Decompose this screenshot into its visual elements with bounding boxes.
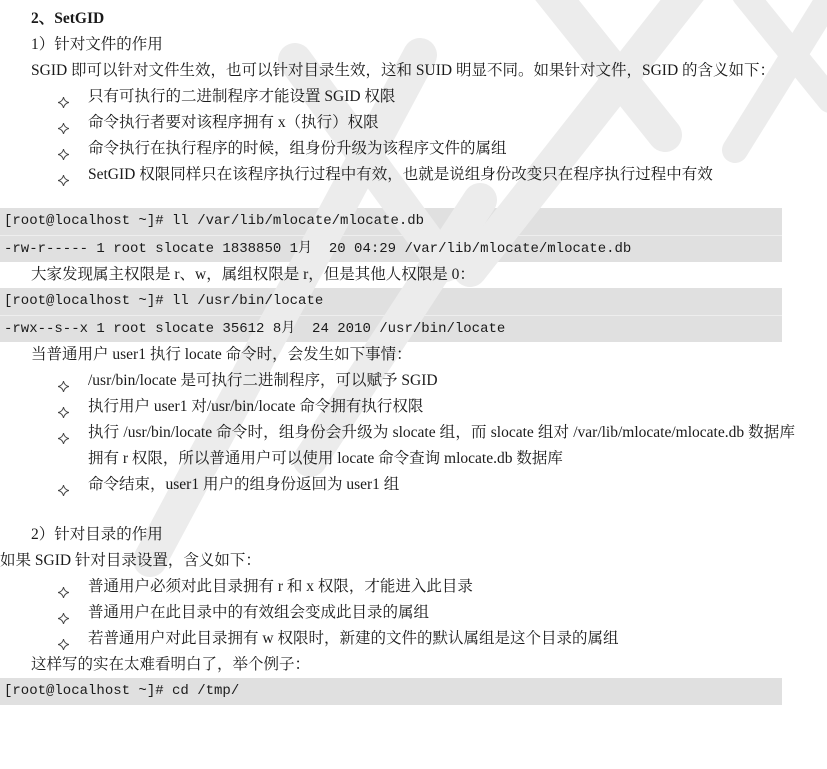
four-pointed-star-bullet-icon — [58, 91, 69, 117]
bullet-item: 命令结束，user1 用户的组身份返回为 user1 组 — [0, 472, 795, 498]
code-line: -rw-r----- 1 root slocate 1838850 1月 20 … — [0, 235, 782, 262]
bullet-text: 普通用户在此目录中的有效组会变成此目录的属组 — [88, 600, 795, 626]
bullet-text: 命令执行在执行程序的时候，组身份升级为该程序文件的属组 — [88, 136, 795, 162]
section1-intro-paragraph: SGID 即可以针对文件生效，也可以针对目录生效，这和 SUID 明显不同。如果… — [0, 58, 795, 84]
bullet-text: 执行用户 user1 对/usr/bin/locate 命令拥有执行权限 — [88, 394, 795, 420]
bullet-text: 若普通用户对此目录拥有 w 权限时，新建的文件的默认属组是这个目录的属组 — [88, 626, 795, 652]
section2-title: 2）针对目录的作用 — [0, 522, 795, 548]
code-block-usr-bin-locate: [root@localhost ~]# ll /usr/bin/locate -… — [0, 288, 782, 342]
directory-bullet-list: 普通用户必须对此目录拥有 r 和 x 权限，才能进入此目录 普通用户在此目录中的… — [0, 574, 795, 652]
bullet-item: 只有可执行的二进制程序才能设置 SGID 权限 — [0, 84, 795, 110]
four-pointed-star-bullet-icon — [58, 427, 69, 453]
bullet-text: SetGID 权限同样只在该程序执行过程中有效，也就是说组身份改变只在程序执行过… — [88, 162, 795, 188]
code-line: [root@localhost ~]# ll /var/lib/mlocate/… — [0, 208, 782, 235]
code-line: -rwx--s--x 1 root slocate 35612 8月 24 20… — [0, 315, 782, 342]
paragraph-owner-perm: 大家发现属主权限是 r、w，属组权限是 r，但是其他人权限是 0： — [0, 262, 795, 288]
four-pointed-star-bullet-icon — [58, 169, 69, 195]
bullet-text: 命令结束，user1 用户的组身份返回为 user1 组 — [88, 472, 795, 498]
bullet-text: 命令执行者要对该程序拥有 x（执行）权限 — [88, 110, 795, 136]
document-content: 2、SetGID 1）针对文件的作用 SGID 即可以针对文件生效，也可以针对目… — [0, 0, 795, 705]
bullet-item: 普通用户必须对此目录拥有 r 和 x 权限，才能进入此目录 — [0, 574, 795, 600]
bullet-item: 命令执行者要对该程序拥有 x（执行）权限 — [0, 110, 795, 136]
four-pointed-star-bullet-icon — [58, 479, 69, 505]
code-line: [root@localhost ~]# cd /tmp/ — [0, 678, 782, 705]
bullet-item: 命令执行在执行程序的时候，组身份升级为该程序文件的属组 — [0, 136, 795, 162]
section2-intro-paragraph: 如果 SGID 针对目录设置，含义如下： — [0, 548, 795, 574]
code-block-cd-tmp: [root@localhost ~]# cd /tmp/ — [0, 678, 782, 705]
four-pointed-star-bullet-icon — [58, 375, 69, 401]
bullet-text: 只有可执行的二进制程序才能设置 SGID 权限 — [88, 84, 795, 110]
bullet-text: /usr/bin/locate 是可执行二进制程序，可以赋予 SGID — [88, 368, 795, 394]
locate-bullet-list: /usr/bin/locate 是可执行二进制程序，可以赋予 SGID 执行用户… — [0, 368, 795, 498]
bullet-item: 若普通用户对此目录拥有 w 权限时，新建的文件的默认属组是这个目录的属组 — [0, 626, 795, 652]
four-pointed-star-bullet-icon — [58, 607, 69, 633]
paragraph-example: 这样写的实在太难看明白了，举个例子： — [0, 652, 795, 678]
four-pointed-star-bullet-icon — [58, 117, 69, 143]
four-pointed-star-bullet-icon — [58, 581, 69, 607]
bullet-item: 执行 /usr/bin/locate 命令时，组身份会升级为 slocate 组… — [0, 420, 795, 472]
code-block-mlocate-db: [root@localhost ~]# ll /var/lib/mlocate/… — [0, 208, 782, 262]
document-page: 2、SetGID 1）针对文件的作用 SGID 即可以针对文件生效，也可以针对目… — [0, 0, 827, 769]
code-line: [root@localhost ~]# ll /usr/bin/locate — [0, 288, 782, 315]
bullet-item: 执行用户 user1 对/usr/bin/locate 命令拥有执行权限 — [0, 394, 795, 420]
bullet-text: 执行 /usr/bin/locate 命令时，组身份会升级为 slocate 组… — [88, 420, 795, 472]
four-pointed-star-bullet-icon — [58, 401, 69, 427]
paragraph-user1: 当普通用户 user1 执行 locate 命令时，会发生如下事情： — [0, 342, 795, 368]
bullet-text: 普通用户必须对此目录拥有 r 和 x 权限，才能进入此目录 — [88, 574, 795, 600]
bullet-item: SetGID 权限同样只在该程序执行过程中有效，也就是说组身份改变只在程序执行过… — [0, 162, 795, 188]
heading-setgid: 2、SetGID — [0, 6, 795, 32]
bullet-item: 普通用户在此目录中的有效组会变成此目录的属组 — [0, 600, 795, 626]
section1-title: 1）针对文件的作用 — [0, 32, 795, 58]
file-bullet-list: 只有可执行的二进制程序才能设置 SGID 权限 命令执行者要对该程序拥有 x（执… — [0, 84, 795, 188]
four-pointed-star-bullet-icon — [58, 143, 69, 169]
bullet-item: /usr/bin/locate 是可执行二进制程序，可以赋予 SGID — [0, 368, 795, 394]
